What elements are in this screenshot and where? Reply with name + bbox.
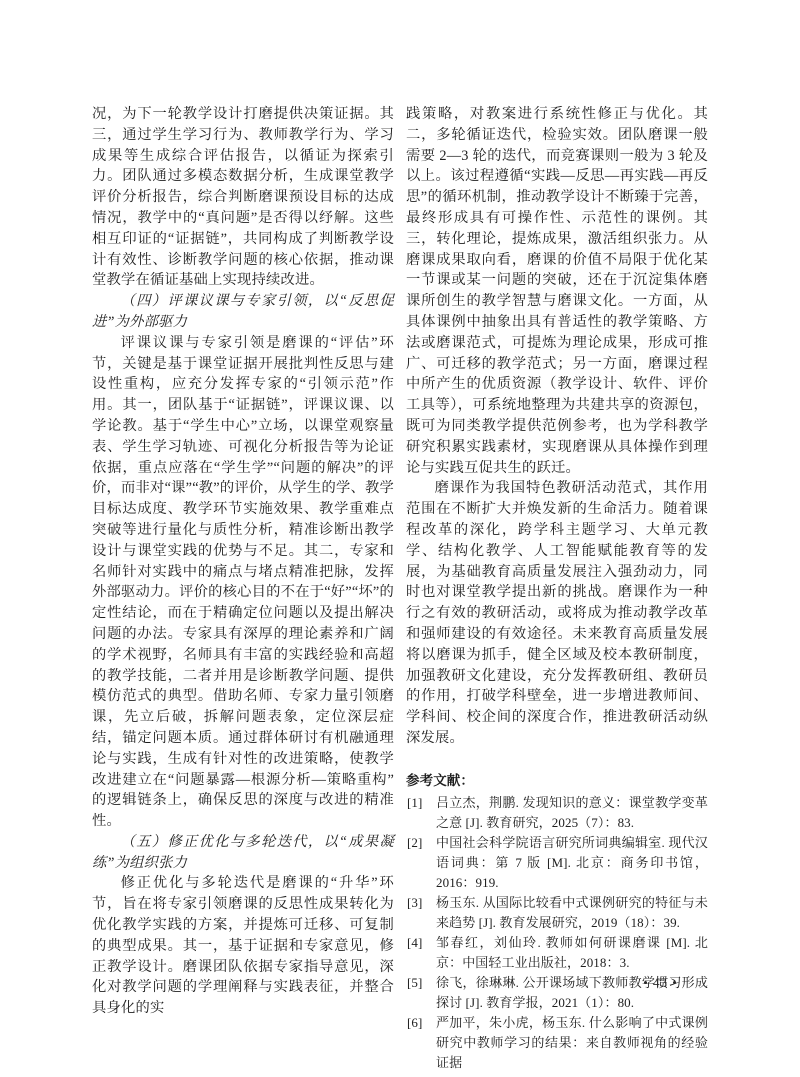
- reference-item: [4] 邹春红，刘仙玲. 教师如何研课磨课 [M]. 北京：中国轻工业出版社，2…: [406, 933, 708, 973]
- paragraph: 评课议课与专家引领是磨课的“评估”环节，关键是基于课堂证据开展批判性反思与建设性…: [92, 333, 394, 832]
- reference-text: 严加平，朱小虎，杨玉东. 什么影响了中式课例研究中教师学习的结果：来自教师视角的…: [436, 1015, 708, 1070]
- section-heading-4: （四）评课议课与专家引领，以“反思促进”为外部驱力: [92, 291, 394, 333]
- reference-item: [2] 中国社会科学院语言研究所词典编辑室. 现代汉语词典：第 7 版 [M].…: [406, 833, 708, 893]
- paragraph: 修正优化与多轮迭代是磨课的“升华”环节，旨在将专家引领磨课的反思性成果转化为优化…: [92, 873, 394, 1019]
- reference-label: [6]: [407, 1013, 422, 1033]
- reference-text: 中国社会科学院语言研究所词典编辑室. 现代汉语词典：第 7 版 [M]. 北京：…: [436, 835, 708, 890]
- reference-item: [1] 吕立杰，荆鹏. 发现知识的意义：课堂教学变革之意 [J]. 教育研究，2…: [406, 793, 708, 833]
- right-column: 践策略，对教案进行系统性修正与优化。其二，多轮循证迭代，检验实效。团队磨课一般需…: [406, 104, 708, 1073]
- reference-text: 吕立杰，荆鹏. 发现知识的意义：课堂教学变革之意 [J]. 教育研究，2025（…: [436, 795, 708, 830]
- left-column: 况，为下一轮教学设计打磨提供决策证据。其三，通过学生学习行为、教师教学行为、学习…: [92, 104, 394, 1019]
- reference-item: [3] 杨玉东. 从国际比较看中式课例研究的特征与未来趋势 [J]. 教育发展研…: [406, 893, 708, 933]
- reference-label: [1]: [407, 793, 422, 813]
- paragraph-continuation: 践策略，对教案进行系统性修正与优化。其二，多轮循证迭代，检验实效。团队磨课一般需…: [406, 104, 708, 478]
- reference-label: [3]: [407, 893, 422, 913]
- page-number: • 43 •: [603, 975, 718, 991]
- reference-label: [2]: [407, 833, 422, 853]
- references-section: 参考文献： [1] 吕立杰，荆鹏. 发现知识的意义：课堂教学变革之意 [J]. …: [406, 771, 708, 1073]
- reference-item: [6] 严加平，朱小虎，杨玉东. 什么影响了中式课例研究中教师学习的结果：来自教…: [406, 1013, 708, 1073]
- section-heading-5: （五）修正优化与多轮迭代，以“成果凝练”为组织张力: [92, 832, 394, 874]
- paragraph: 磨课作为我国特色教研活动范式，其作用范围在不断扩大并焕发新的生命活力。随着课程改…: [406, 478, 708, 748]
- reference-text: 邹春红，刘仙玲. 教师如何研课磨课 [M]. 北京：中国轻工业出版社，2018：…: [436, 935, 708, 970]
- paper-page: 况，为下一轮教学设计打磨提供决策证据。其三，通过学生学习行为、教师教学行为、学习…: [0, 0, 800, 1077]
- references-heading: 参考文献：: [406, 771, 708, 791]
- reference-label: [4]: [407, 933, 422, 953]
- reference-label: [5]: [407, 973, 422, 993]
- reference-text: 杨玉东. 从国际比较看中式课例研究的特征与未来趋势 [J]. 教育发展研究，20…: [436, 895, 708, 930]
- paragraph-continuation: 况，为下一轮教学设计打磨提供决策证据。其三，通过学生学习行为、教师教学行为、学习…: [92, 104, 394, 291]
